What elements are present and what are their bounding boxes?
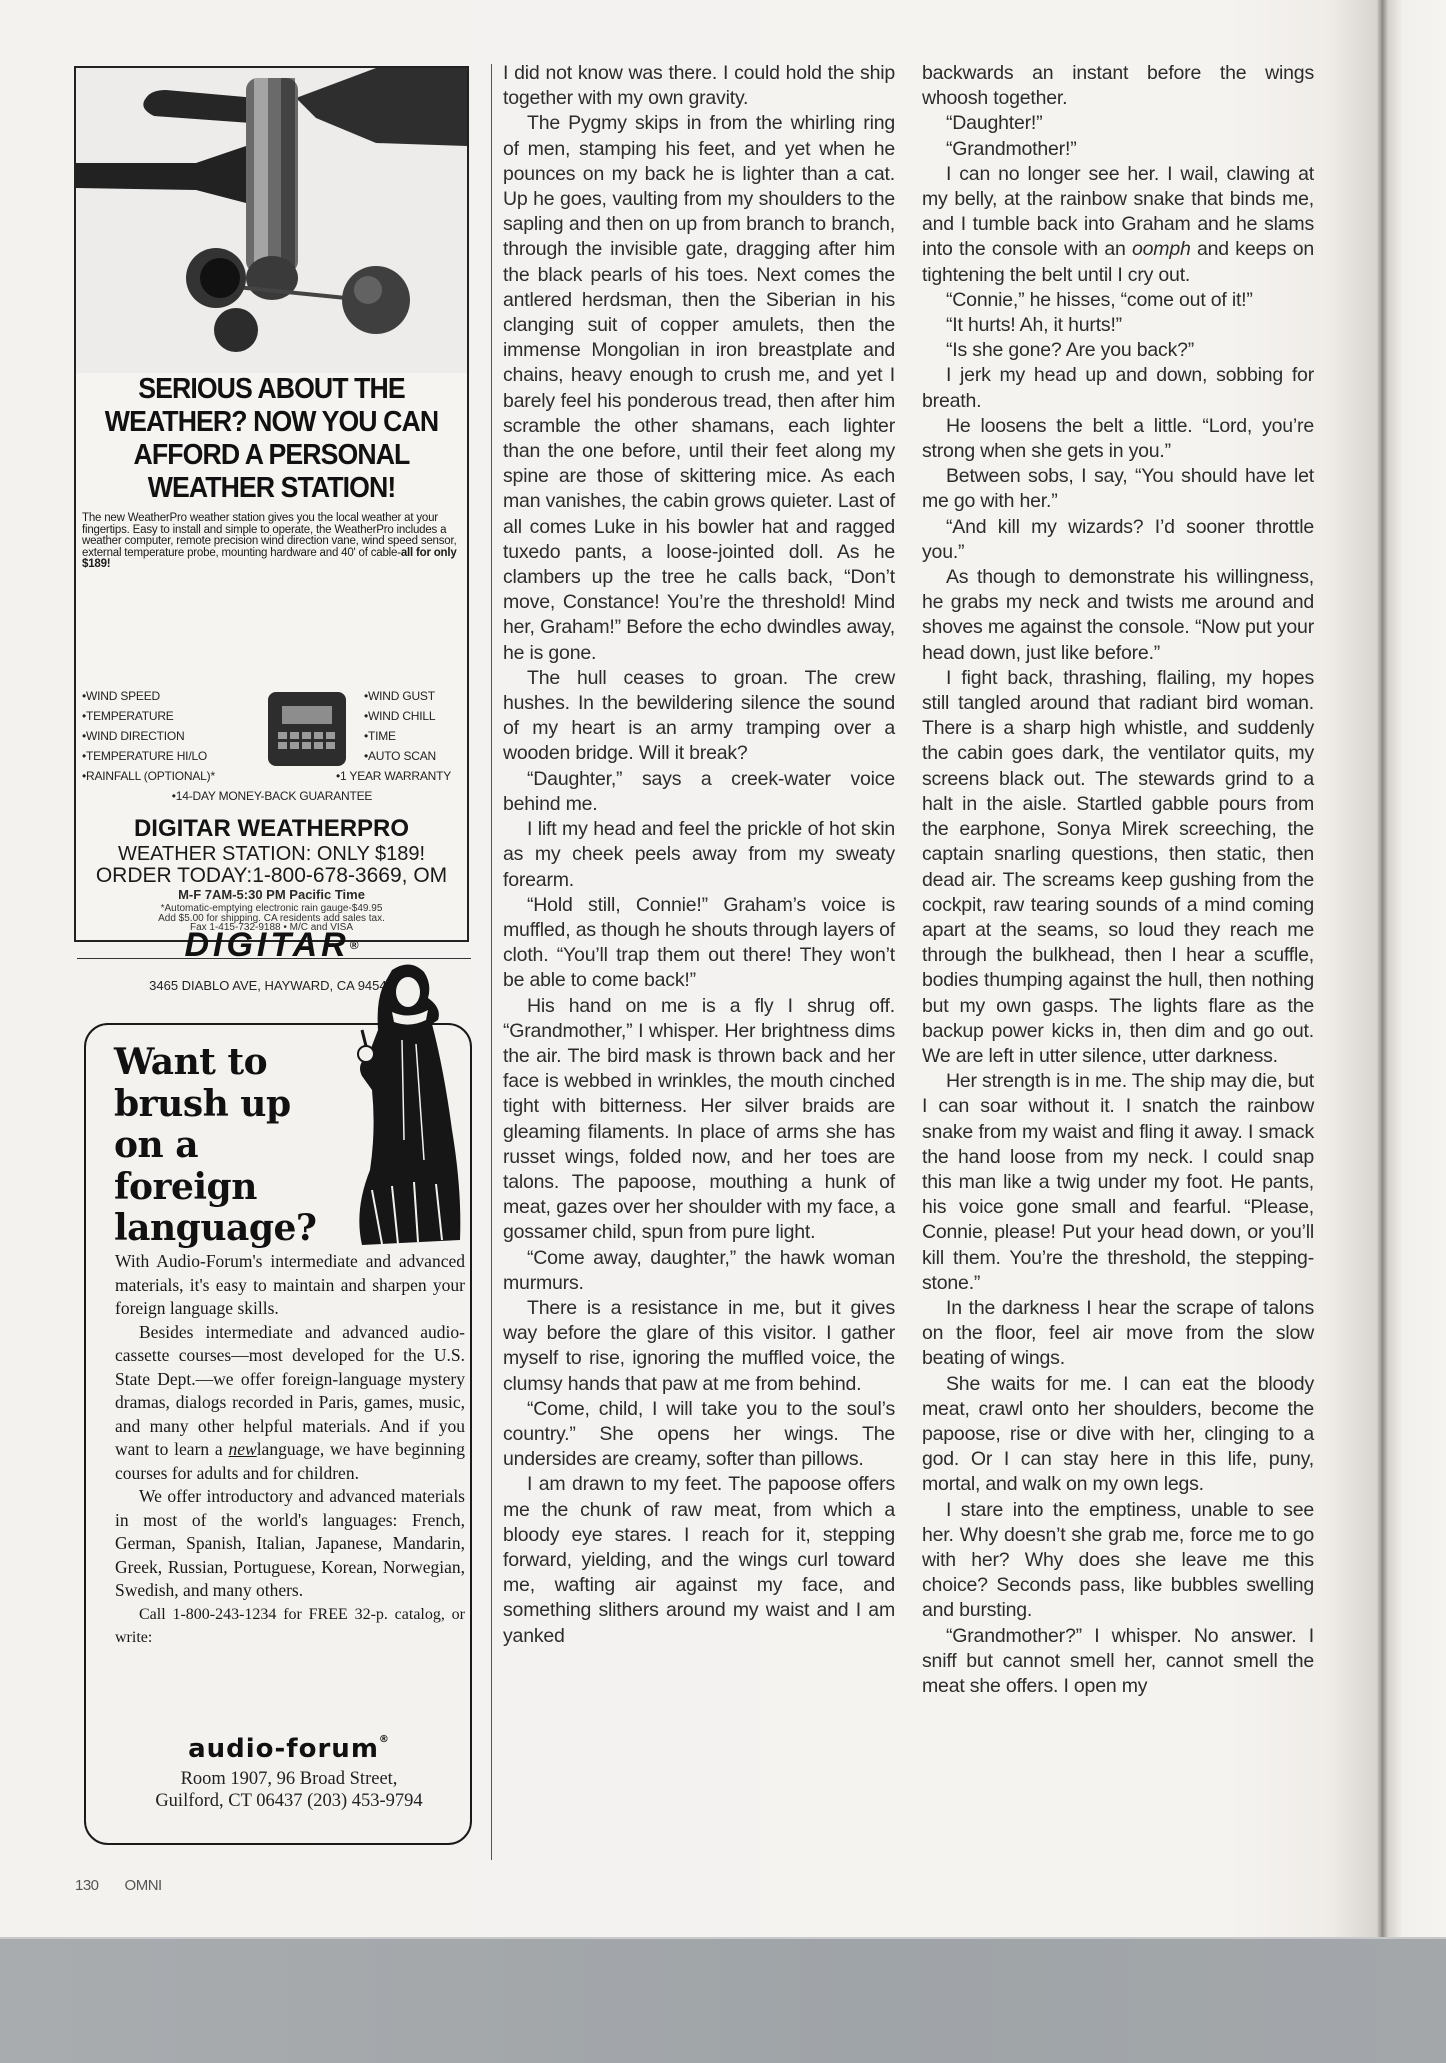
paragraph: Besides intermediate and advanced audio-… xyxy=(115,1321,465,1486)
product-name: DIGITAR WEATHERPRO xyxy=(76,816,467,842)
story-paragraph: “And kill my wizards? I’d sooner throttl… xyxy=(922,515,1314,565)
order-phone: ORDER TODAY:1-800-678-3669, OM xyxy=(76,865,467,887)
story-paragraph: “Grandmother!” xyxy=(922,137,1314,162)
story-paragraph: There is a resistance in me, but it give… xyxy=(503,1296,895,1397)
story-paragraph: “Is she gone? Are you back?” xyxy=(922,338,1314,363)
page-folio: 130OMNI xyxy=(75,1877,188,1894)
story-paragraph: I fight back, thrashing, flailing, my ho… xyxy=(922,666,1314,1069)
digitar-logo: DIGITAR® xyxy=(76,928,467,962)
story-paragraph: “Daughter,” says a creek-water voice beh… xyxy=(503,767,895,817)
headline-line: AFFORD A PERSONAL xyxy=(92,439,452,472)
story-paragraph: The Pygmy skips in from the whirling rin… xyxy=(503,111,895,665)
feature-item: •AUTO SCAN xyxy=(364,746,436,766)
story-paragraph: I jerk my head up and down, sobbing for … xyxy=(922,363,1314,413)
feature-item: •RAINFALL (OPTIONAL)* xyxy=(82,766,215,786)
magazine-name: OMNI xyxy=(125,1877,162,1894)
story-paragraph: The hull ceases to groan. The crew hushe… xyxy=(503,666,895,767)
story-paragraph: He loosens the belt a little. “Lord, you… xyxy=(922,414,1314,464)
story-paragraph: She waits for me. I can eat the bloody m… xyxy=(922,1372,1314,1498)
feature-item: •TEMPERATURE HI/LO xyxy=(82,746,215,766)
weather-ad-headline: SERIOUS ABOUT THE WEATHER? NOW YOU CAN A… xyxy=(92,373,452,505)
weather-computer-icon xyxy=(268,692,346,766)
weather-ad-body: The new WeatherPro weather station gives… xyxy=(82,513,462,571)
story-paragraph: I lift my head and feel the prickle of h… xyxy=(503,817,895,893)
story-paragraph: backwards an instant before the wings wh… xyxy=(922,61,1314,111)
feature-item: •WIND SPEED xyxy=(82,686,215,706)
story-paragraph: I stare into the emptiness, unable to se… xyxy=(922,1498,1314,1624)
divider xyxy=(77,958,471,959)
magazine-page: SERIOUS ABOUT THE WEATHER? NOW YOU CAN A… xyxy=(0,0,1446,1937)
audio-forum-logo: audio-forum® xyxy=(114,1734,464,1764)
feature-list: •WIND SPEED •TEMPERATURE •WIND DIRECTION… xyxy=(82,686,462,786)
anemometer-photo xyxy=(76,68,467,373)
audio-ad-headline: Want to brush up on a foreign language? xyxy=(114,1042,364,1250)
page-number: 130 xyxy=(75,1877,99,1894)
headline-line: SERIOUS ABOUT THE xyxy=(92,373,452,406)
story-paragraph: “Hold still, Connie!” Graham’s voice is … xyxy=(503,893,895,994)
audio-forum-advertisement: Want to brush up on a foreign language? … xyxy=(74,960,474,1860)
story-paragraph: As though to demonstrate his willingness… xyxy=(922,565,1314,666)
feature-item: •WIND DIRECTION xyxy=(82,726,215,746)
headline-line: WEATHER STATION! xyxy=(92,472,452,505)
column-rule xyxy=(491,64,492,1860)
feature-item: •TEMPERATURE xyxy=(82,706,215,726)
story-paragraph: His hand on me is a fly I shrug off. “Gr… xyxy=(503,994,895,1246)
story-paragraph: “Connie,” he hisses, “come out of it!” xyxy=(922,288,1314,313)
story-column-middle: I did not know was there. I could hold t… xyxy=(503,61,895,1649)
scanner-background xyxy=(0,1937,1446,2063)
story-paragraph: “Daughter!” xyxy=(922,111,1314,136)
company-address: Room 1907, 96 Broad Street, Guilford, CT… xyxy=(114,1768,464,1812)
story-paragraph: Her strength is in me. The ship may die,… xyxy=(922,1069,1314,1296)
story-paragraph: “It hurts! Ah, it hurts!” xyxy=(922,313,1314,338)
story-paragraph: I am drawn to my feet. The papoose offer… xyxy=(503,1472,895,1648)
weatherpro-advertisement: SERIOUS ABOUT THE WEATHER? NOW YOU CAN A… xyxy=(74,66,469,942)
story-paragraph: “Come away, daughter,” the hawk woman mu… xyxy=(503,1246,895,1296)
catalog-call-to-action: Call 1-800-243-1234 for FREE 32-p. catal… xyxy=(115,1603,465,1650)
story-paragraph: I did not know was there. I could hold t… xyxy=(503,61,895,111)
paragraph: We offer introductory and advanced mater… xyxy=(115,1485,465,1603)
story-paragraph: I can no longer see her. I wail, clawing… xyxy=(922,162,1314,288)
weather-sensor-image-icon xyxy=(76,68,467,373)
feature-item: •WIND CHILL xyxy=(364,706,436,726)
feature-item: •TIME xyxy=(364,726,436,746)
story-paragraph: Between sobs, I say, “You should have le… xyxy=(922,464,1314,514)
feature-item: •1 YEAR WARRANTY xyxy=(336,766,451,786)
feature-item: •14-DAY MONEY-BACK GUARANTEE xyxy=(82,786,462,806)
feature-item: •WIND GUST xyxy=(364,686,436,706)
story-paragraph: “Grandmother?” I whisper. No answer. I s… xyxy=(922,1624,1314,1700)
story-paragraph: In the darkness I hear the scrape of tal… xyxy=(922,1296,1314,1372)
price-line: WEATHER STATION: ONLY $189! xyxy=(76,843,467,865)
order-hours: M-F 7AM-5:30 PM Pacific Time xyxy=(76,888,467,902)
paragraph: With Audio-Forum's intermediate and adva… xyxy=(115,1250,465,1321)
headline-line: WEATHER? NOW YOU CAN xyxy=(92,406,452,439)
audio-ad-body: With Audio-Forum's intermediate and adva… xyxy=(115,1250,465,1650)
story-paragraph: “Come, child, I will take you to the sou… xyxy=(503,1397,895,1473)
story-column-right: backwards an instant before the wings wh… xyxy=(922,61,1314,1699)
